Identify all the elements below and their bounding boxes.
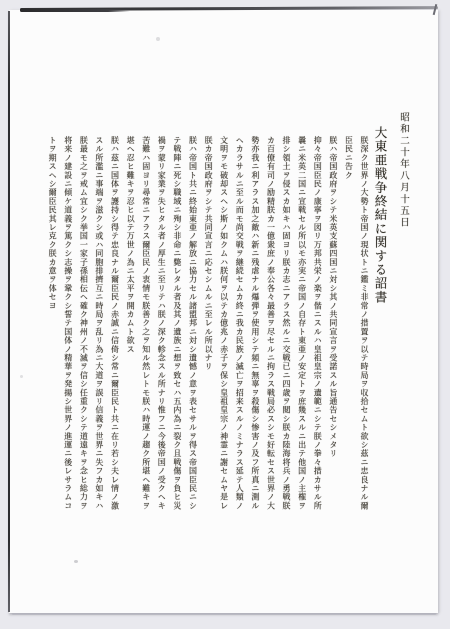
rescript-body: 朕深ク世界ノ大勢ト帝国ノ現状トニ鑑ミ非常ノ措置ヲ以テ時局ヲ収拾セムト欲シ茲ニ忠良… [44,136,372,518]
page-left-edge-shadow [8,11,10,612]
scan-speck [156,37,160,41]
date-column: 昭和二十年八月十五日 [396,112,410,247]
text-column: 朕ハ帝国政府ヲシテ米英支蘇四国ニ対シ其ノ共同宣言ヲ受諾スル旨通告セシメタリ [325,136,341,518]
text-column: トヲ期スヘシ爾臣民其レ克ク朕カ意ヲ体セヨ [45,136,61,518]
text-column: 朕ハ茲ニ国体ヲ護持シ得テ忠良ナル爾臣民ノ赤誠ニ信倚シ常ニ爾臣民ト共ニ在リ若シ夫レ… [107,136,123,518]
text-column: 抑々帝国臣民ノ康寧ヲ図リ万邦共栄ノ楽ヲ偕ニスルハ皇祖皇宗ノ遺範ニシテ朕ノ拳々措カ… [310,136,326,518]
text-column: 排シ領土ヲ侵スカ如キハ固ヨリ朕カ志ニアラス然ルニ交戦已ニ四歳ヲ閲シ朕カ陸海将兵ノ… [278,136,294,518]
text-column: 文明ヲモ破却スヘシ斯ノ如クムハ朕何ヲ以テカ億兆ノ赤子ヲ保シ皇祖皇宗ノ神霊ニ謝セム… [216,136,232,518]
document-title: 大東亜戦争終結に関する詔書 [371,126,389,316]
text-column: スル所濫ニ事端ヲ滋クシ或ハ同胞排擠互ニ時局ヲ乱リ為ニ大道ヲ誤リ信義ヲ世界ニ失フカ… [91,136,107,518]
scan-speck [20,375,23,378]
text-column: 勢亦我ニ利アラス加之敵ハ新ニ残虐ナル爆弾ヲ使用シテ頻ニ無辜ヲ殺傷シ惨害ノ及フ所真… [247,136,263,518]
text-column: 朕深ク世界ノ大勢ト帝国ノ現状トニ鑑ミ非常ノ措置ヲ以テ時局ヲ収拾セムト欲シ茲ニ忠良… [356,136,372,518]
scanned-document: 昭和二十年八月十五日 大東亜戦争終結に関する詔書 朕深ク世界ノ大勢ト帝国ノ現状ト… [0,0,450,629]
page-top-edge-shadow-dark [20,9,130,12]
page-bottom-shadow [12,613,436,615]
scan-speck [74,560,78,563]
text-column: 将来ノ建設ニ傾ケ道義ヲ篤クシ志操ヲ鞏クシ誓テ国体ノ精華ヲ発揚シ世界ノ進運ニ後レサ… [60,136,76,518]
text-column: 朕ハ帝国ト共ニ終始東亜ノ解放ニ協力セル諸盟邦ニ対シ遺憾ノ意ヲ表セサルヲ得ス帝国臣… [185,136,201,518]
text-column: 曩ニ米英二国ニ宣戦セル所以モ亦実ニ帝国ノ自存ト東亜ノ安定トヲ庶幾スルニ出テ他国ノ… [294,136,310,518]
text-column: ヘカラサルニ至ル而モ尚交戦ヲ継続セムカ終ニ我カ民族ノ滅亡ヲ招来スルノミナラス延テ… [232,136,248,518]
text-column: 堪ヘ忍ヒ難キヲ忍ヒ以テ万世ノ為ニ太平ヲ開カムト欲ス [123,136,139,518]
text-column: 苦難ハ固ヨリ尋常ニアラス爾臣民ノ衷情モ朕善ク之ヲ知ル然レトモ朕ハ時運ノ趨ク所堪ヘ… [138,136,154,518]
text-column: 朕カ帝国政府ヲシテ共同宣言ニ応セシムルニ至レル所以ナリ [200,136,216,518]
text-column: カ百僚有司ノ励精朕カ一億衆庶ノ奉公各々最善ヲ尽セルニ拘ラス戦局必スシモ好転セス世… [263,136,279,518]
text-column: 臣民ニ告ク [341,136,357,518]
text-column: テ戦陣ニ死シ職域ニ殉シ非命ニ斃レタル者及其ノ遺族ニ想ヲ致セハ五内為ニ裂ク且戦傷ヲ… [169,136,185,518]
text-column: 朕最モ之ヲ戒ム宜シク挙国一家子孫相伝ヘ確ク神州ノ不滅ヲ信シ任重クシテ道遠キヲ念ヒ… [76,136,92,518]
text-column: 禍ヲ蒙リ家業ヲ失ヒタル者ノ厚生ニ至リテハ朕ノ深ク軫念スル所ナリ惟フニ今後帝国ノ受… [154,136,170,518]
